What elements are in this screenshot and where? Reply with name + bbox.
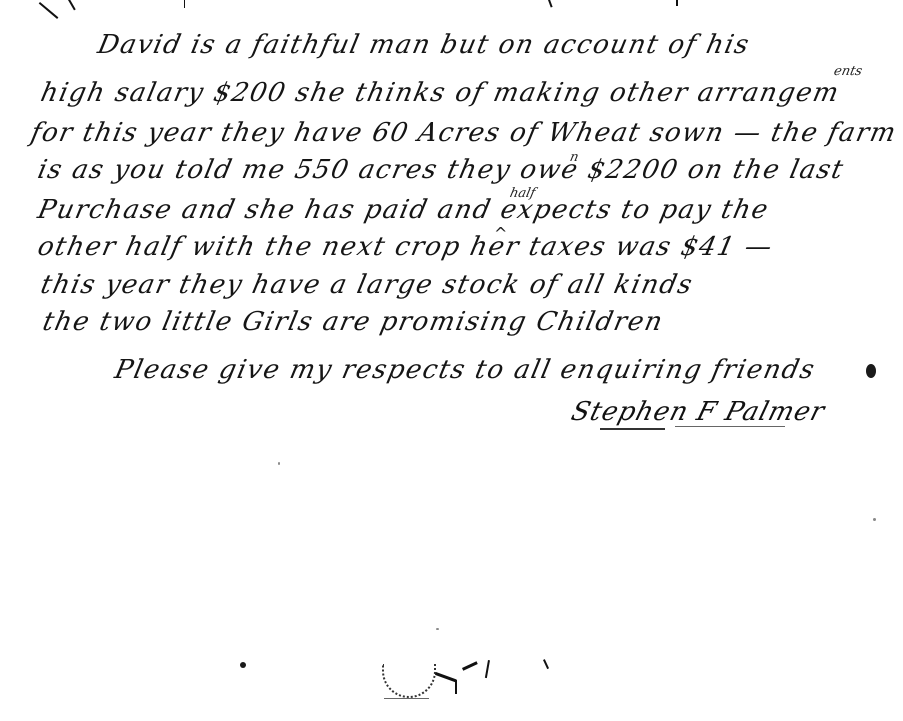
letter-line-5: Purchase and she has paid and expects to… — [35, 195, 772, 225]
insertion-caret: ^ — [494, 224, 507, 243]
bleed-through-mark — [455, 680, 457, 694]
ink-blot — [866, 364, 876, 378]
letter-line-1: David is a faithful man but on account o… — [95, 30, 753, 60]
paper-speck — [278, 462, 280, 465]
letter-line-9: Please give my respects to all enquiring… — [112, 355, 818, 385]
signature: Stephen F Palmer — [568, 397, 828, 427]
signature-underline — [600, 428, 665, 430]
bleed-through-mark — [485, 660, 490, 678]
letter-line-4: is as you told me 550 acres they owe $22… — [35, 155, 847, 185]
bleed-through-mark — [382, 664, 436, 698]
letter-line-6: other half with the next crop her taxes … — [35, 232, 776, 262]
bleed-through-mark — [384, 698, 429, 699]
bleed-through-mark — [435, 672, 457, 682]
signature-underline — [675, 426, 785, 427]
top-edge-stroke — [68, 0, 76, 10]
letter-line-3: for this year they have 60 Acres of Whea… — [28, 118, 900, 148]
paper-speck — [436, 628, 439, 630]
paper-speck — [240, 662, 246, 668]
letter-line-8: the two little Girls are promising Child… — [40, 307, 666, 337]
bleed-through-mark — [543, 659, 549, 669]
top-edge-stroke — [39, 2, 59, 19]
letter-page: David is a faithful man but on account o… — [0, 0, 903, 721]
paper-speck — [873, 518, 876, 521]
insertion-ents: ents — [832, 64, 863, 79]
insertion-half: half — [508, 186, 536, 201]
top-edge-stroke — [676, 0, 678, 6]
top-edge-stroke — [548, 0, 553, 8]
top-edge-stroke — [184, 0, 185, 8]
bleed-through-mark — [462, 661, 478, 670]
letter-line-2: high salary $200 she thinks of making ot… — [38, 78, 843, 108]
letter-line-7: this year they have a large stock of all… — [38, 270, 696, 300]
